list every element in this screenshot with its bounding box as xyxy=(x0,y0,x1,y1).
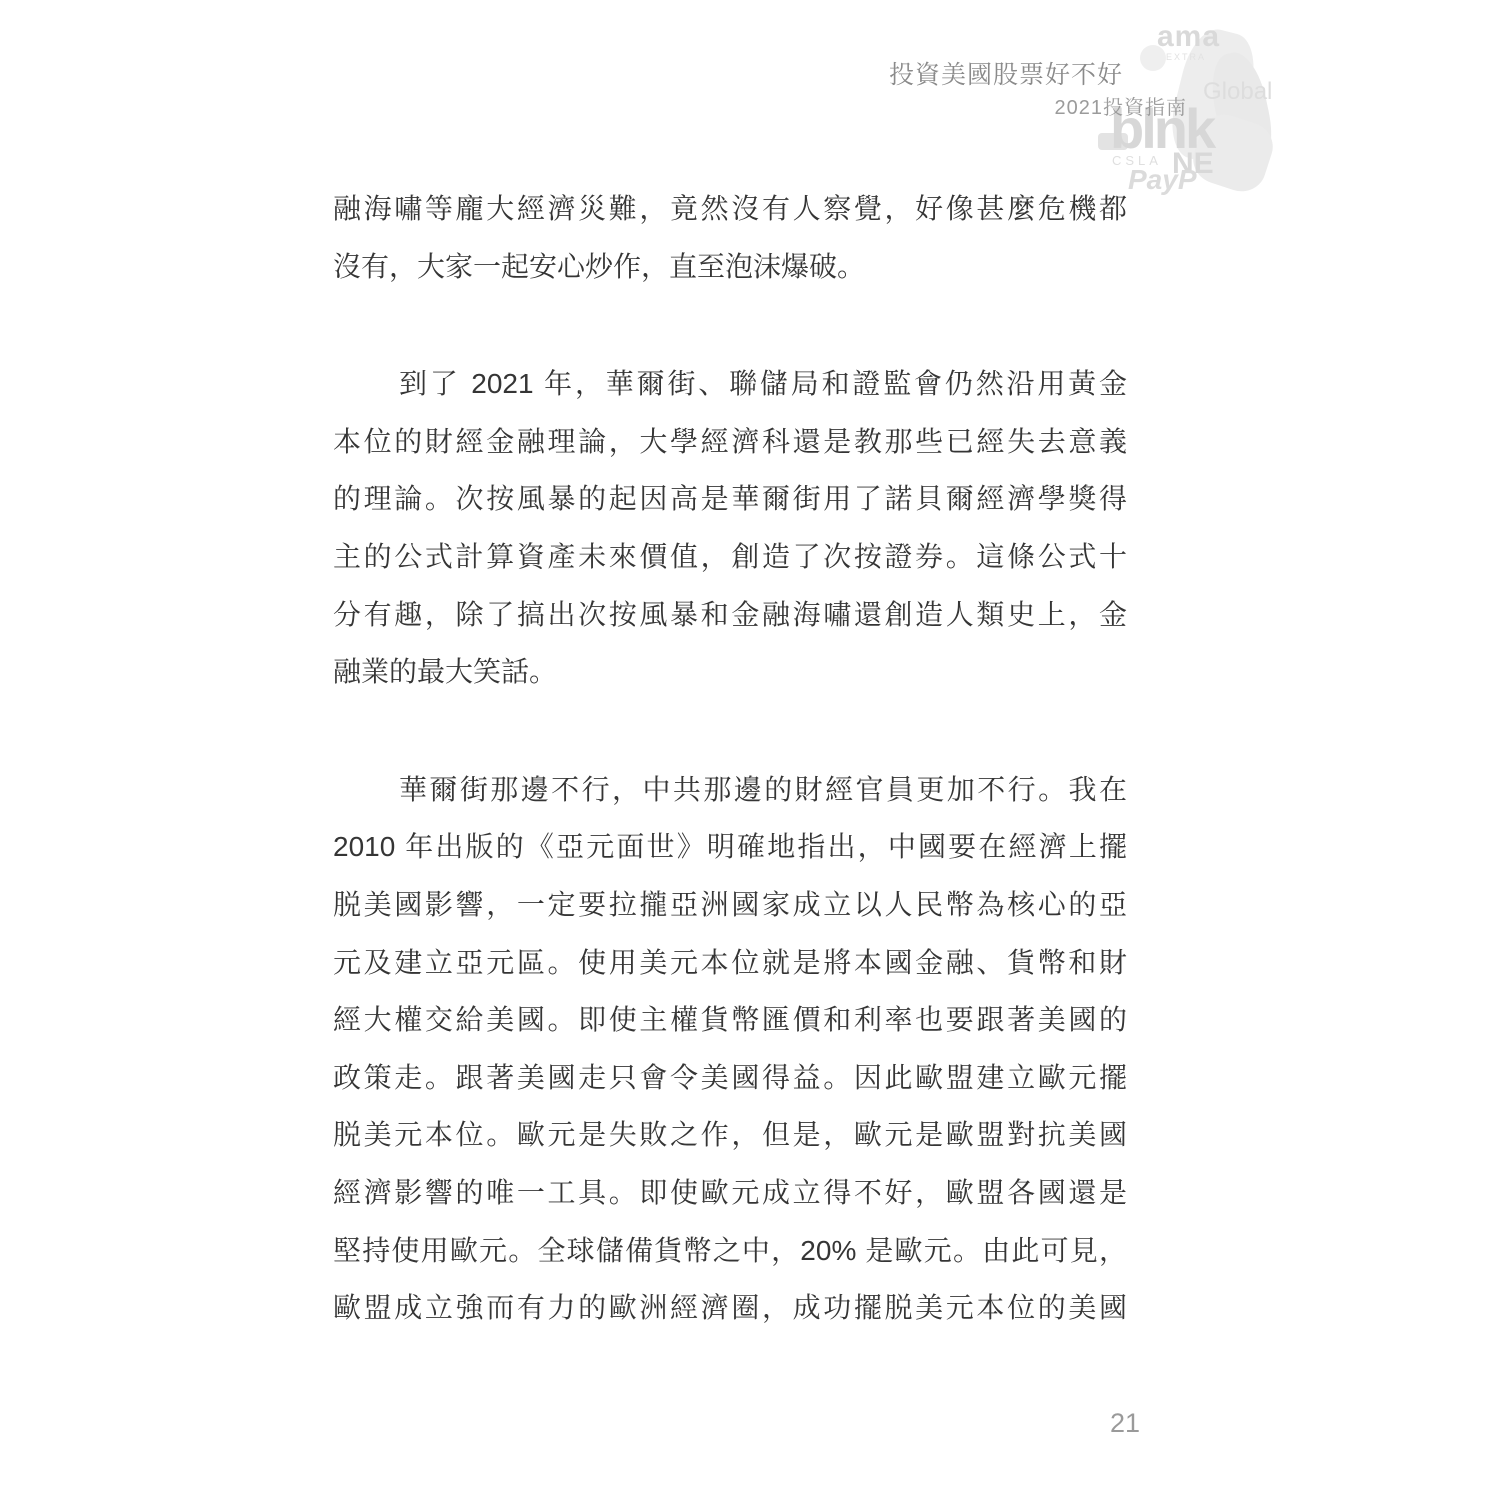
watermark-blob xyxy=(1187,108,1279,197)
running-head-title: 投資美國股票好不好 xyxy=(889,55,1123,91)
watermark-extra-text: EXTRA xyxy=(1166,52,1206,62)
body-line: 主的公式計算資產未來價值，創造了次按證券。這條公式十 xyxy=(333,528,1127,586)
body-line: 元及建立亞元區。使用美元本位就是將本國金融、貨幣和財 xyxy=(333,934,1127,992)
watermark-global-text: Global xyxy=(1203,78,1272,106)
watermark-amazon-logo: ama xyxy=(1157,20,1220,54)
body-line: 歐盟成立強而有力的歐洲經濟圈，成功擺脱美元本位的美國 xyxy=(333,1279,1127,1337)
body-line: 脱美元本位。歐元是失敗之作，但是，歐元是歐盟對抗美國 xyxy=(333,1106,1127,1164)
body-line: 到了 2021 年，華爾街、聯儲局和證監會仍然沿用黃金 xyxy=(333,355,1127,413)
book-page: ama EXTRA Global blnk CSLA NE PayP 投資美國股… xyxy=(0,0,1500,1500)
body-line: 沒有，大家一起安心炒作，直至泡沫爆破。 xyxy=(333,238,1127,296)
body-line: 華爾街那邊不行，中共那邊的財經官員更加不行。我在 xyxy=(333,761,1127,819)
watermark-netflix-logo: NE xyxy=(1172,147,1214,181)
page-number: 21 xyxy=(1110,1408,1140,1439)
watermark-paypal-logo: PayP xyxy=(1128,164,1197,196)
body-line: 脱美國影響，一定要拉攏亞洲國家成立以人民幣為核心的亞 xyxy=(333,876,1127,934)
paragraph: 華爾街那邊不行，中共那邊的財經官員更加不行。我在2010 年出版的《亞元面世》明… xyxy=(333,761,1127,1337)
body-line: 經濟影響的唯一工具。即使歐元成立得不好，歐盟各國還是 xyxy=(333,1164,1127,1222)
watermark-blob xyxy=(1204,48,1279,174)
paragraph: 融海嘯等龐大經濟災難，竟然沒有人察覺，好像甚麼危機都沒有，大家一起安心炒作，直至… xyxy=(333,180,1127,295)
body-text: 融海嘯等龐大經濟災難，竟然沒有人察覺，好像甚麼危機都沒有，大家一起安心炒作，直至… xyxy=(333,180,1127,1337)
body-line: 堅持使用歐元。全球儲備貨幣之中，20% 是歐元。由此可見， xyxy=(333,1222,1127,1280)
running-head-subtitle: 2021投資指南 xyxy=(1055,91,1188,120)
body-line: 政策走。跟著美國走只會令美國得益。因此歐盟建立歐元擺 xyxy=(333,1049,1127,1107)
body-line: 融業的最大笑話。 xyxy=(333,643,1127,701)
body-line: 經大權交給美國。即使主權貨幣匯價和利率也要跟著美國的 xyxy=(333,991,1127,1049)
watermark-blob xyxy=(1098,133,1128,150)
body-line: 融海嘯等龐大經濟災難，竟然沒有人察覺，好像甚麼危機都 xyxy=(333,180,1127,238)
body-line: 2010 年出版的《亞元面世》明確地指出，中國要在經濟上擺 xyxy=(333,818,1127,876)
body-line: 的理論。次按風暴的起因高是華爾街用了諾貝爾經濟學獎得 xyxy=(333,470,1127,528)
paragraph: 到了 2021 年，華爾街、聯儲局和證監會仍然沿用黃金本位的財經金融理論，大學經… xyxy=(333,355,1127,701)
watermark-blob xyxy=(1140,45,1166,71)
body-line: 本位的財經金融理論，大學經濟科還是教那些已經失去意義 xyxy=(333,413,1127,471)
body-line: 分有趣，除了搞出次按風暴和金融海嘯還創造人類史上，金 xyxy=(333,586,1127,644)
watermark-tesla-ticker: CSLA xyxy=(1112,153,1162,168)
